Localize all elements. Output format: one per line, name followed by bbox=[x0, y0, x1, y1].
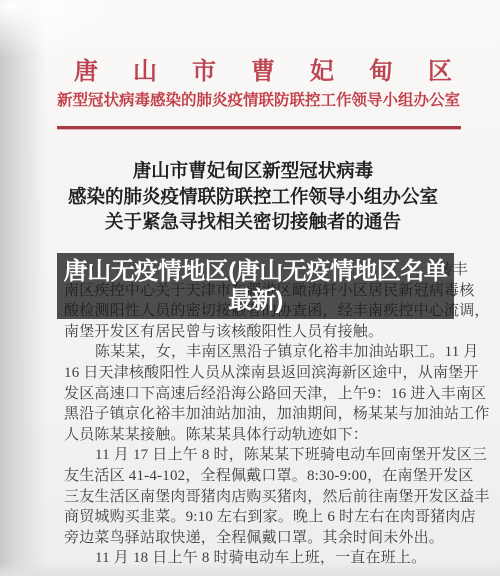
document-title-line-2: 感染的肺炎疫情联防联控工作领导小组办公室 bbox=[45, 186, 461, 212]
caption-overlay-banner: 唐山无疫情地区(唐山无疫情地区名单 最新) bbox=[57, 253, 454, 319]
body-line: 商贸城购买韭菜。9:10 左右到家。晚上 6 时左右在肉哥猪肉店 bbox=[64, 507, 468, 528]
document-title-line-1: 唐山市曹妃甸区新型冠状病毒 bbox=[45, 160, 461, 186]
document-title: 唐山市曹妃甸区新型冠状病毒 感染的肺炎疫情联防联控工作领导小组办公室 关于紧急寻… bbox=[45, 160, 461, 237]
photo-left-edge-shading bbox=[0, 0, 46, 576]
body-line: 陈某某，女，丰南区黑沿子镇京化裕丰加油站职工。11 月 bbox=[64, 342, 468, 363]
body-line: 11 月 17 日上午 8 时，陈某某下班骑电动车回南堡开发区三 bbox=[64, 445, 468, 466]
body-line: 人员陈某某接触。陈某某具体行动轨迹如下： bbox=[64, 425, 468, 446]
letterhead-department: 新型冠状病毒感染的肺炎疫情联防联控工作领导小组办公室 bbox=[57, 88, 460, 110]
caption-overlay-line-1: 唐山无疫情地区(唐山无疫情地区名单 bbox=[64, 257, 448, 286]
body-line: 16 日天津核酸阳性人员从滦南县返回滨海新区途中，从南堡开 bbox=[64, 363, 468, 384]
body-line: 南堡开发区有居民曾与该核酸阳性人员有接触。 bbox=[64, 322, 468, 343]
body-line: 三友生活区南堡肉哥猪肉店购买猪肉，然后前往南堡开发区益丰 bbox=[64, 487, 468, 508]
caption-overlay-line-2: 最新) bbox=[228, 286, 283, 315]
body-line: 黑沿子镇京化裕丰加油站加油，加油期间，杨某某与加油站工作 bbox=[64, 404, 468, 425]
letterhead-org-name: 唐山市曹妃甸区 bbox=[74, 51, 487, 86]
body-line: 旁边菜鸟驿站取快递，全程佩戴口罩。其余时间未外出。 bbox=[64, 528, 468, 549]
document-title-line-3: 关于紧急寻找相关密切接触者的通告 bbox=[45, 211, 461, 237]
photo-bottom-edge-shading bbox=[0, 562, 500, 576]
letterhead-red-divider bbox=[57, 126, 461, 129]
body-line: 友生活区 41-4-102，全程佩戴口罩。8:30-9:00，在南堡开发区 bbox=[64, 466, 468, 487]
body-line: 发区高速口下高速后经沿海公路回天津，上午9：16 进入丰南区 bbox=[64, 384, 468, 405]
photographed-document: 唐山市曹妃甸区 新型冠状病毒感染的肺炎疫情联防联控工作领导小组办公室 唐山市曹妃… bbox=[0, 0, 500, 576]
